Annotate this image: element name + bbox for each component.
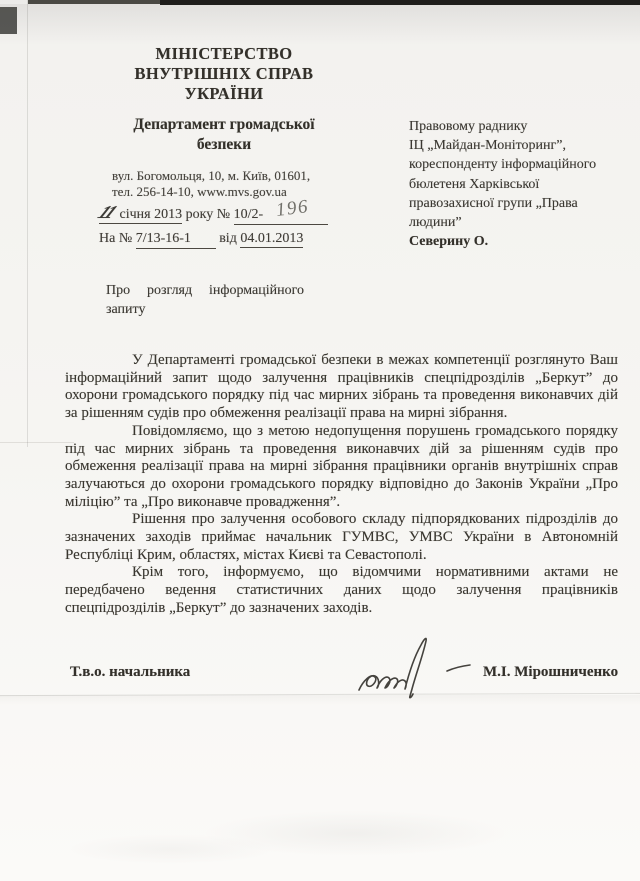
- scanned-letter-page: МІНІСТЕРСТВО ВНУТРІШНІХ СПРАВ УКРАЇНИ Де…: [0, 0, 640, 881]
- ministry-name-line: ВНУТРІШНІХ СПРАВ: [78, 64, 370, 84]
- recipient-line: Правовому раднику: [409, 117, 619, 136]
- recipient-block: Правовому раднику ІЦ „Майдан-Моніторинг”…: [409, 117, 619, 251]
- reply-reference-line: На № 7/13-16-1 від 04.01.2013: [99, 231, 303, 249]
- date-year-word: року: [186, 207, 214, 222]
- address-line: тел. 256-14-10, www.mvs.gov.ua: [112, 184, 370, 200]
- recipient-line: правозахисної групи „Права: [409, 194, 619, 213]
- reply-number: 7/13-16-1: [136, 231, 216, 249]
- ministry-name: МІНІСТЕРСТВО ВНУТРІШНІХ СПРАВ УКРАЇНИ: [78, 44, 370, 104]
- signer-name: М.І. Мірошниченко: [483, 664, 618, 681]
- outgoing-reference-line: 11 січня 2013 року № 10/2-196: [99, 202, 328, 225]
- recipient-line: людини”: [409, 213, 619, 232]
- recipient-name: Северину О.: [409, 232, 619, 251]
- vertical-crease-line: [27, 0, 28, 447]
- outgoing-number-segment: 10/2-196: [234, 207, 328, 225]
- date-underlined-segment: 11 січня 2013: [99, 207, 182, 224]
- handwritten-signature: [352, 628, 487, 710]
- body-paragraph: Крім того, інформуємо, що відомчими норм…: [65, 564, 618, 617]
- recipient-line: ІЦ „Майдан-Моніторинг”,: [409, 136, 619, 155]
- reply-label: На №: [99, 231, 132, 246]
- department-name: Департамент громадської безпеки: [78, 115, 370, 155]
- left-crease-line: [0, 442, 74, 443]
- ministry-name-line: УКРАЇНИ: [78, 84, 370, 104]
- date-month-year: січня 2013: [120, 207, 183, 222]
- outgoing-number-prefix: 10/2-: [234, 207, 264, 222]
- ministry-name-line: МІНІСТЕРСТВО: [78, 44, 370, 64]
- signer-title: Т.в.о. начальника: [70, 664, 190, 681]
- body-paragraph: Повідомляємо, що з метою недопущення пор…: [65, 423, 618, 512]
- recipient-line: бюлетеня Харківської: [409, 175, 619, 194]
- handwritten-number: 196: [274, 196, 309, 222]
- address-line: вул. Богомольця, 10, м. Київ, 01601,: [112, 168, 370, 184]
- recipient-line: кореспонденту інформаційного: [409, 155, 619, 174]
- number-sign: №: [217, 207, 230, 222]
- from-label: від: [219, 231, 237, 246]
- crease-shading: [0, 695, 640, 705]
- letterhead: МІНІСТЕРСТВО ВНУТРІШНІХ СПРАВ УКРАЇНИ Де…: [78, 44, 370, 200]
- body-paragraph: Рішення про залучення особового складу п…: [65, 511, 618, 564]
- body-paragraph: У Департаменті громадської безпеки в меж…: [65, 352, 618, 423]
- letterhead-address: вул. Богомольця, 10, м. Київ, 01601, тел…: [78, 168, 370, 200]
- reply-date: 04.01.2013: [240, 231, 303, 248]
- department-name-line: Департамент громадської: [78, 115, 370, 135]
- handwritten-day: 11: [92, 202, 122, 223]
- letter-body: У Департаменті громадської безпеки в меж…: [65, 352, 618, 618]
- top-shading: [0, 4, 640, 46]
- scan-smudge: [66, 834, 276, 864]
- subject-line: Про розгляд інформаційного запиту: [106, 282, 304, 319]
- department-name-line: безпеки: [78, 135, 370, 155]
